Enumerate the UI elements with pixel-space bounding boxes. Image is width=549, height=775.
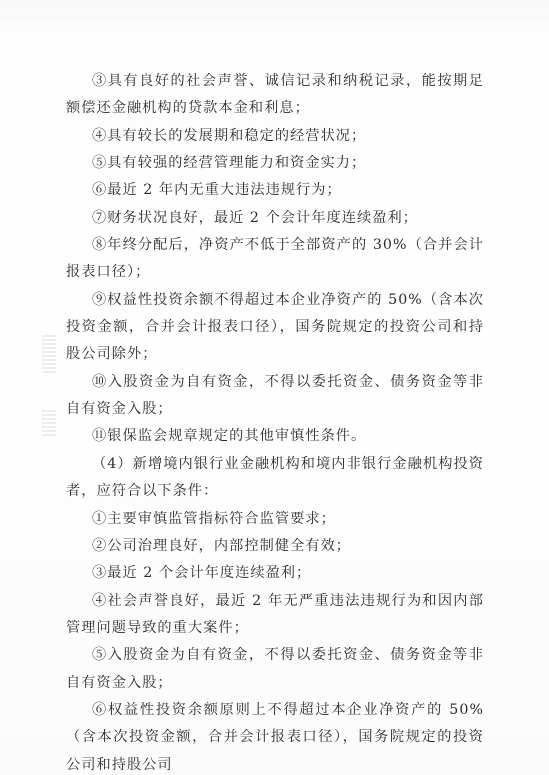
paragraph-item-10-own-funds: ⑩入股资金为自有资金，不得以委托资金、债务资金等非自有资金入股； [66,369,484,424]
paragraph-item-2-governance: ②公司治理良好，内部控制健全有效； [66,533,484,560]
paragraph-item-5-management: ⑤具有较强的经营管理能力和资金实力； [66,150,484,177]
paragraph-item-5-own-funds: ⑤入股资金为自有资金，不得以委托资金、债务资金等非自有资金入股； [66,642,484,697]
paragraph-item-9-equity-investment: ⑨权益性投资余额不得超过本企业净资产的 50%（含本次投资金额，合并会计报表口径… [66,287,484,369]
paragraph-item-8-net-assets: ⑧年终分配后，净资产不低于全部资产的 30%（合并会计报表口径）； [66,232,484,287]
scan-artifact [42,410,56,438]
scanned-page: ③具有良好的社会声誉、诚信记录和纳税记录，能按期足额偿还金融机构的贷款本金和利息… [0,0,549,775]
paragraph-item-7-finance: ⑦财务状况良好，最近 2 个会计年度连续盈利； [66,205,484,232]
paragraph-item-3-reputation: ③具有良好的社会声誉、诚信记录和纳税记录，能按期足额偿还金融机构的贷款本金和利息… [66,68,484,123]
paragraph-item-6-equity-investment: ⑥权益性投资余额原则上不得超过本企业净资产的 50%（含本次投资金额，合并会计报… [66,697,484,775]
paragraph-item-4-reputation: ④社会声誉良好，最近 2 年无严重违法违规行为和因内部管理问题导致的重大案件； [66,588,484,643]
scan-artifact [42,335,56,375]
paragraph-item-1-prudential: ①主要审慎监管指标符合监管要求； [66,506,484,533]
paragraph-item-3-profit: ③最近 2 个会计年度连续盈利； [66,560,484,587]
paragraph-item-4-development: ④具有较长的发展期和稳定的经营状况； [66,123,484,150]
paragraph-section-4-heading: （4）新增境内银行业金融机构和境内非银行金融机构投资者，应符合以下条件： [66,451,484,506]
document-body: ③具有良好的社会声誉、诚信记录和纳税记录，能按期足额偿还金融机构的贷款本金和利息… [66,68,484,775]
paragraph-item-6-violations: ⑥最近 2 年内无重大违法违规行为； [66,177,484,204]
paragraph-item-11-other-conditions: ⑪银保监会规章规定的其他审慎性条件。 [66,423,484,450]
